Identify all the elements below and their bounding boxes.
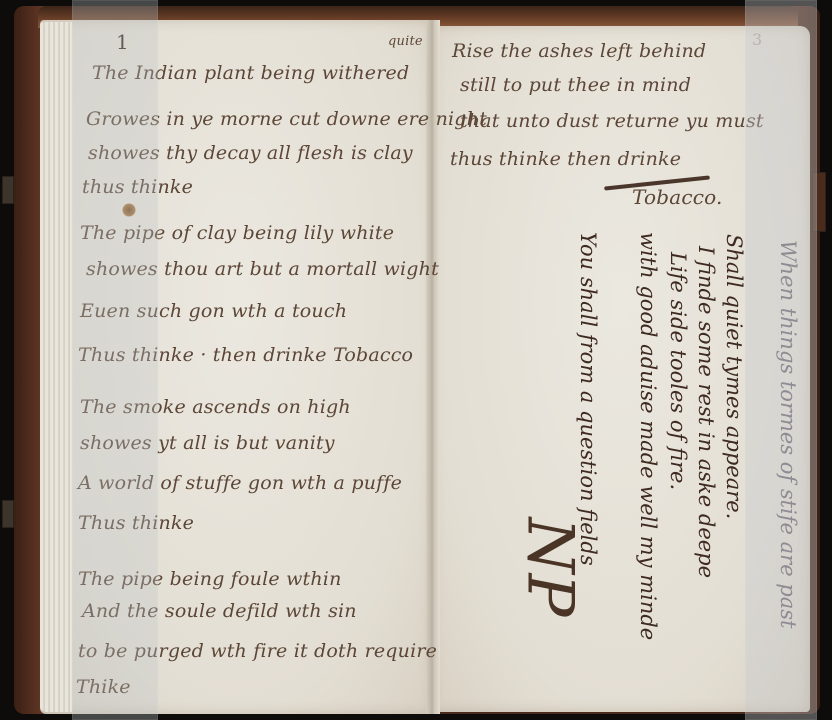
right-line-2: still to put thee in mind — [460, 74, 691, 96]
vertical-line-5: with good aduise made well my minde — [636, 232, 660, 640]
right-line-1: Rise the ashes left behind — [452, 40, 706, 62]
vertical-line-4: Life side tooles of fire. — [666, 252, 690, 490]
repair-tape-left — [72, 0, 158, 720]
vertical-line-2: Shall quiet tymes appeare. — [722, 234, 746, 519]
repair-tape-right — [745, 0, 817, 720]
right-line-4: thus thinke then drinke — [450, 148, 681, 170]
vertical-line-3: I finde some rest in aske deepe — [694, 246, 718, 578]
page-edges — [40, 22, 72, 712]
vertical-line-6: You shall from a question fields — [576, 232, 600, 566]
tobacco-title: Tobacco. — [632, 185, 723, 209]
insertion-quite: quite — [388, 34, 423, 49]
clasp-left-upper — [2, 176, 14, 204]
right-line-3: that unto dust returne yu must — [460, 110, 764, 132]
clasp-left-lower — [2, 500, 14, 528]
monogram-np: NP — [513, 517, 587, 616]
